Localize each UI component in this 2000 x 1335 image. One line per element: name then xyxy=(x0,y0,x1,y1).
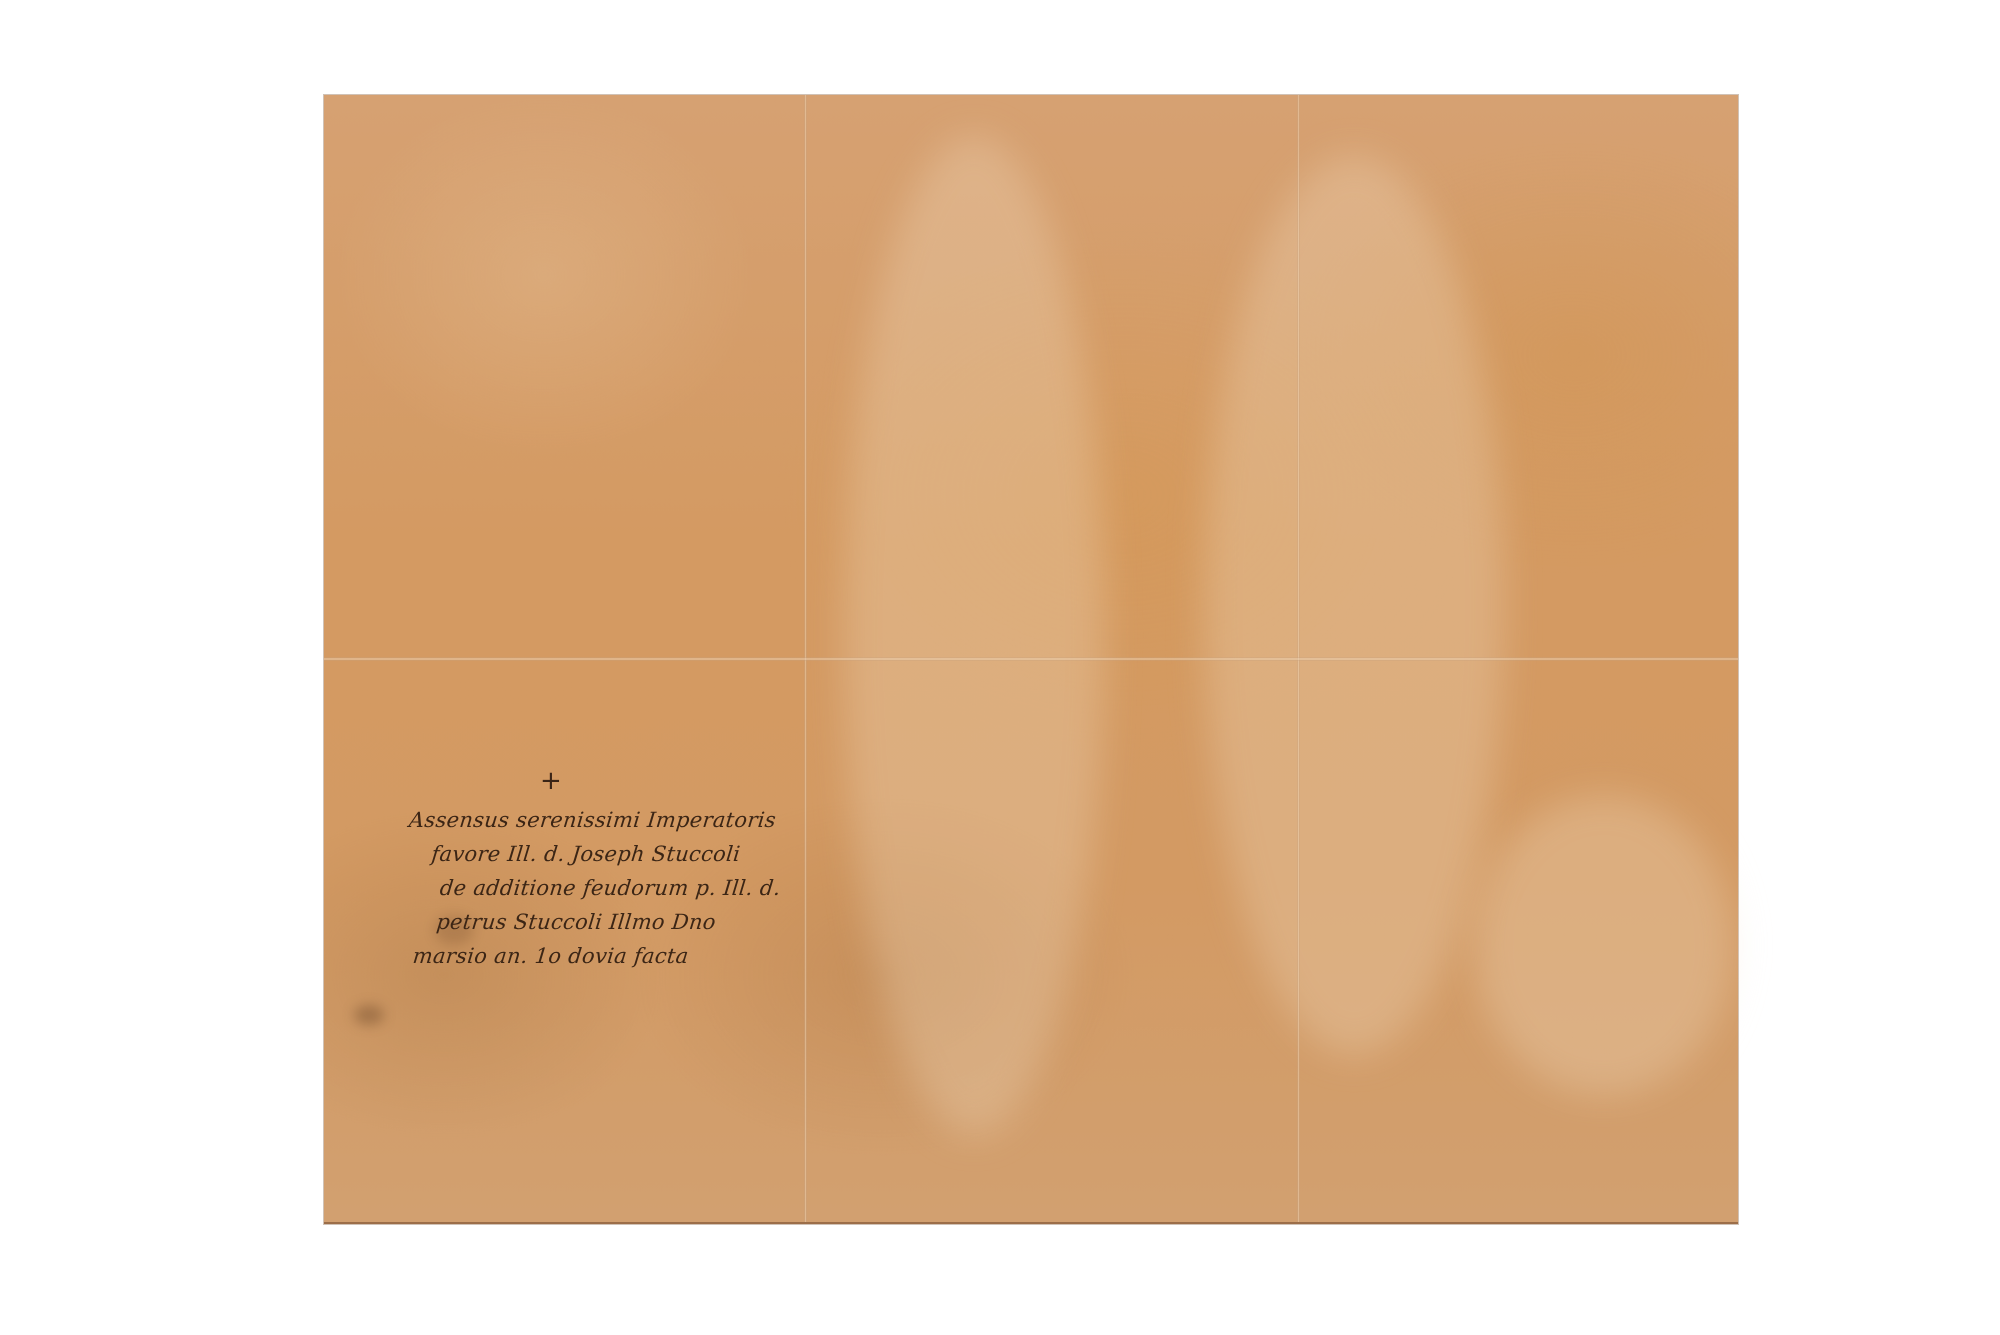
endorsement-line: favore Ill. d. Joseph Stuccoli xyxy=(382,837,786,871)
endorsement-line: Assensus serenissimi Imperatoris xyxy=(385,803,789,837)
endorsement-line: petrus Stuccoli Illmo Dno xyxy=(375,905,779,939)
horizontal-fold-line xyxy=(324,657,1738,661)
endorsement-note: Assensus serenissimi Imperatoris favore … xyxy=(371,803,790,973)
wear-patch xyxy=(844,135,1104,1135)
parchment-sheet: + Assensus serenissimi Imperatoris favor… xyxy=(324,95,1738,1224)
ink-stain xyxy=(354,1005,384,1025)
endorsement-line: marsio an. 1o dovia facta xyxy=(371,939,775,973)
wear-patch xyxy=(1474,795,1734,1095)
cross-mark: + xyxy=(540,768,562,794)
wear-patch xyxy=(1204,155,1504,1055)
endorsement-line: de additione feudorum p. Ill. d. xyxy=(378,871,782,905)
